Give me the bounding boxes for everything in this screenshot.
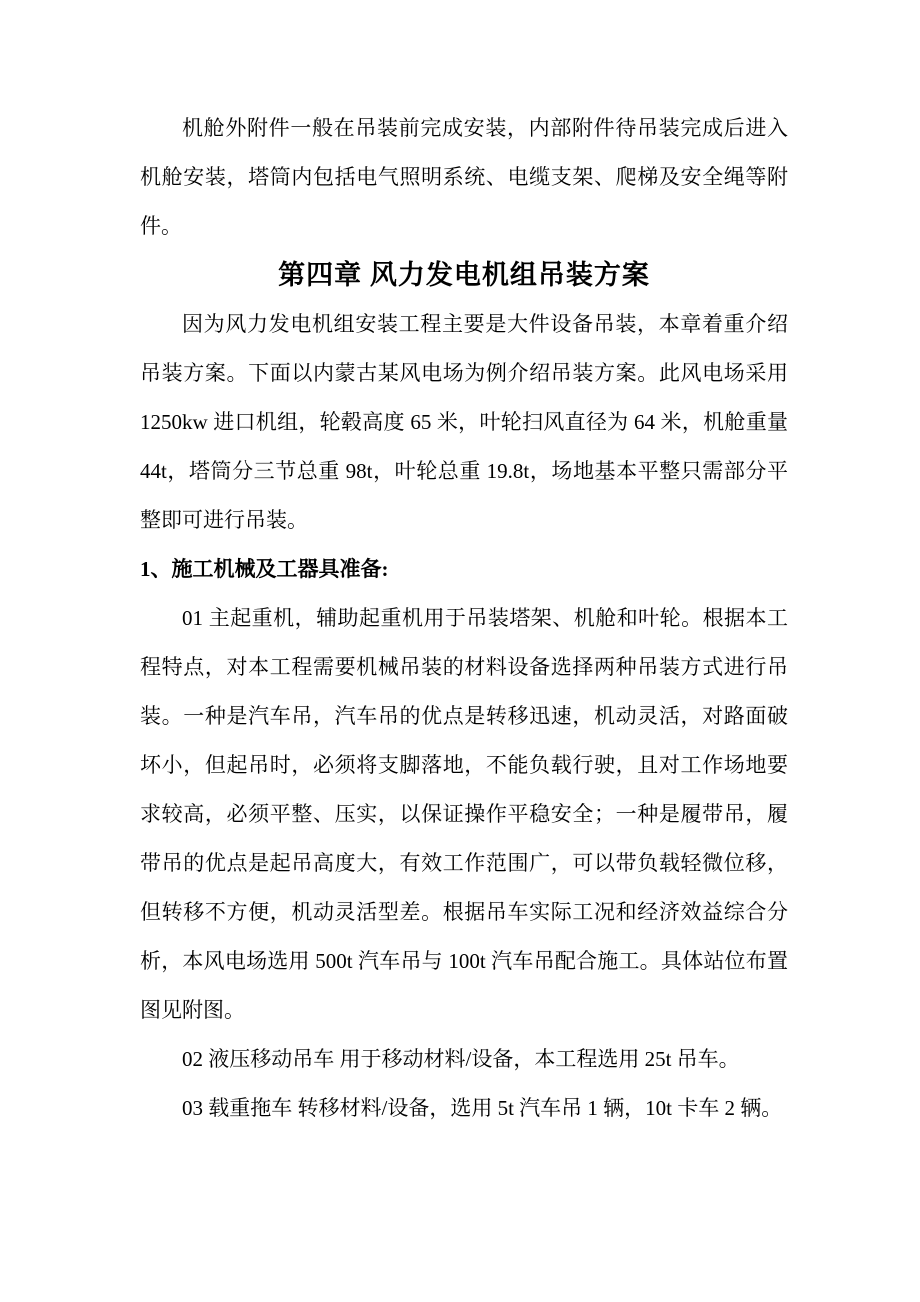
paragraph-item-03-heavy-trailer: 03 载重拖车 转移材料/设备，选用 5t 汽车吊 1 辆，10t 卡车 2 辆…	[140, 1084, 788, 1133]
document-page: 机舱外附件一般在吊装前完成安装，内部附件待吊装完成后进入机舱安装，塔筒内包括电气…	[0, 0, 920, 1302]
paragraph-item-02-hydraulic-mobile-crane: 02 液压移动吊车 用于移动材料/设备，本工程选用 25t 吊车。	[140, 1035, 788, 1084]
paragraph-item-01-main-crane: 01 主起重机，辅助起重机用于吊装塔架、机舱和叶轮。根据本工程特点，对本工程需要…	[140, 594, 788, 1035]
chapter-heading: 第四章 风力发电机组吊装方案	[140, 251, 788, 300]
section-heading-machinery-preparation: 1、施工机械及工器具准备:	[140, 545, 788, 594]
paragraph-chapter-intro: 因为风力发电机组安装工程主要是大件设备吊装，本章着重介绍吊装方案。下面以内蒙古某…	[140, 300, 788, 545]
paragraph-nacelle-accessories: 机舱外附件一般在吊装前完成安装，内部附件待吊装完成后进入机舱安装，塔筒内包括电气…	[140, 104, 788, 251]
